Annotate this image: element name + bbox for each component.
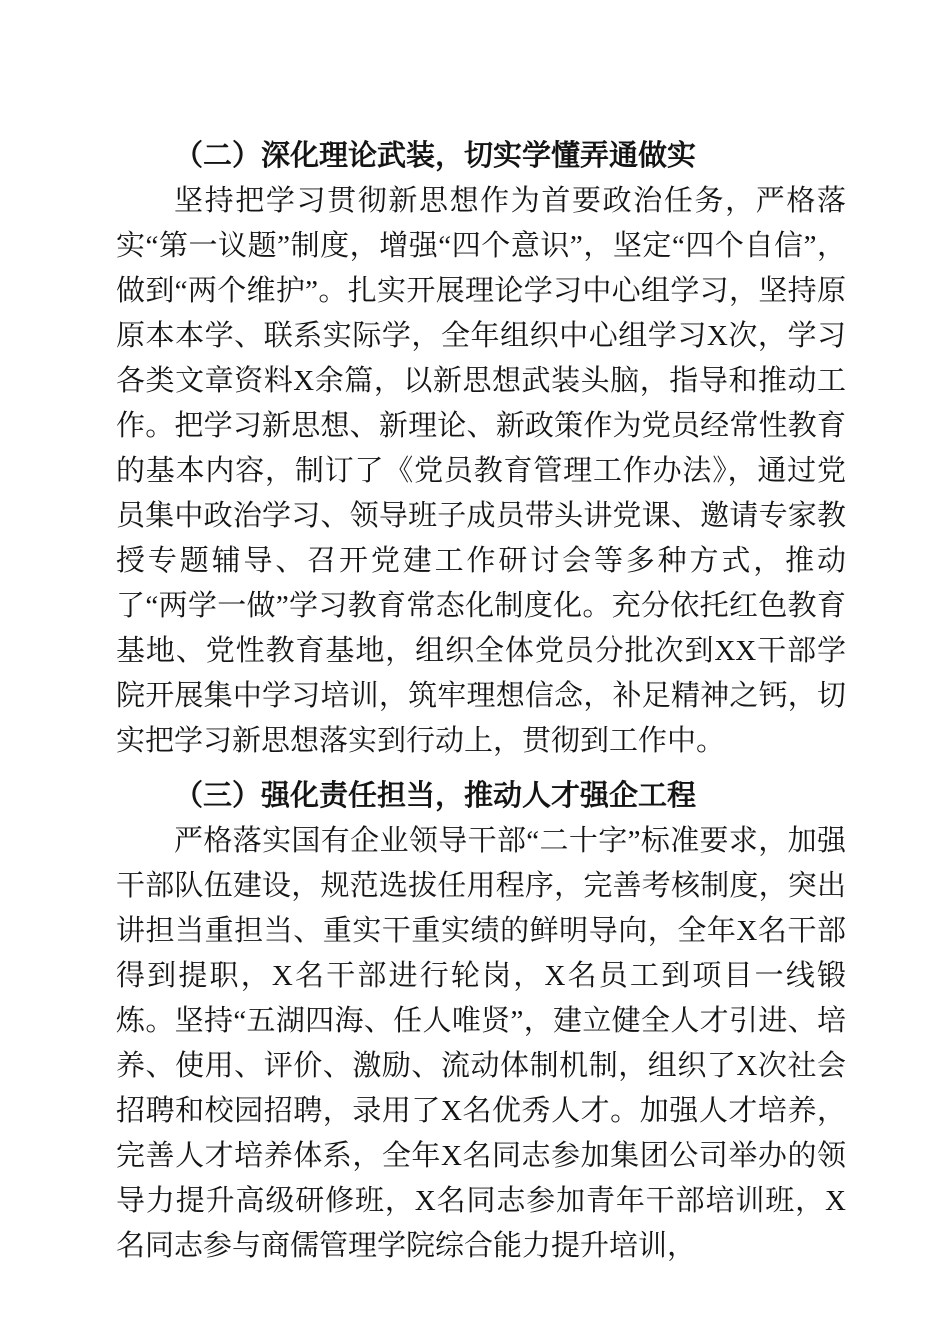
document-page: （二）深化理论武装，切实学懂弄通做实 坚持把学习贯彻新思想作为首要政治任务，严格… [0,0,950,1344]
section-heading-3: （三）强化责任担当，推动人才强企工程 [116,774,846,819]
section-2-paragraph: 坚持把学习贯彻新思想作为首要政治任务，严格落实“第一议题”制度，增强“四个意识”… [116,179,846,764]
section-heading-2: （二）深化理论武装，切实学懂弄通做实 [116,134,846,179]
section-3-paragraph: 严格落实国有企业领导干部“二十字”标准要求，加强干部队伍建设，规范选拔任用程序，… [116,819,846,1269]
